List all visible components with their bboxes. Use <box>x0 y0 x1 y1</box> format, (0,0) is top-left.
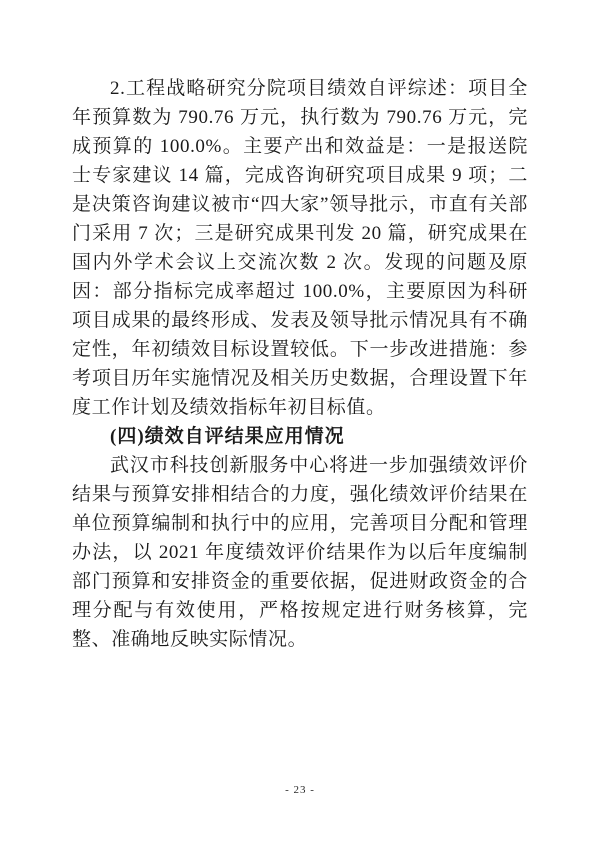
document-page: 2.工程战略研究分院项目绩效自评综述：项目全年预算数为 790.76 万元，执行… <box>0 0 600 848</box>
page-body-text: 2.工程战略研究分院项目绩效自评综述：项目全年预算数为 790.76 万元，执行… <box>72 74 528 654</box>
paragraph-self-evaluation-summary: 2.工程战略研究分院项目绩效自评综述：项目全年预算数为 790.76 万元，执行… <box>72 74 528 422</box>
page-number: - 23 - <box>0 783 600 797</box>
paragraph-result-application: 武汉市科技创新服务中心将进一步加强绩效评价结果与预算安排相结合的力度，强化绩效评… <box>72 451 528 654</box>
document-viewport: { "page": { "background_color": "#ffffff… <box>0 0 600 848</box>
section-heading-result-application: (四)绩效自评结果应用情况 <box>72 422 528 451</box>
